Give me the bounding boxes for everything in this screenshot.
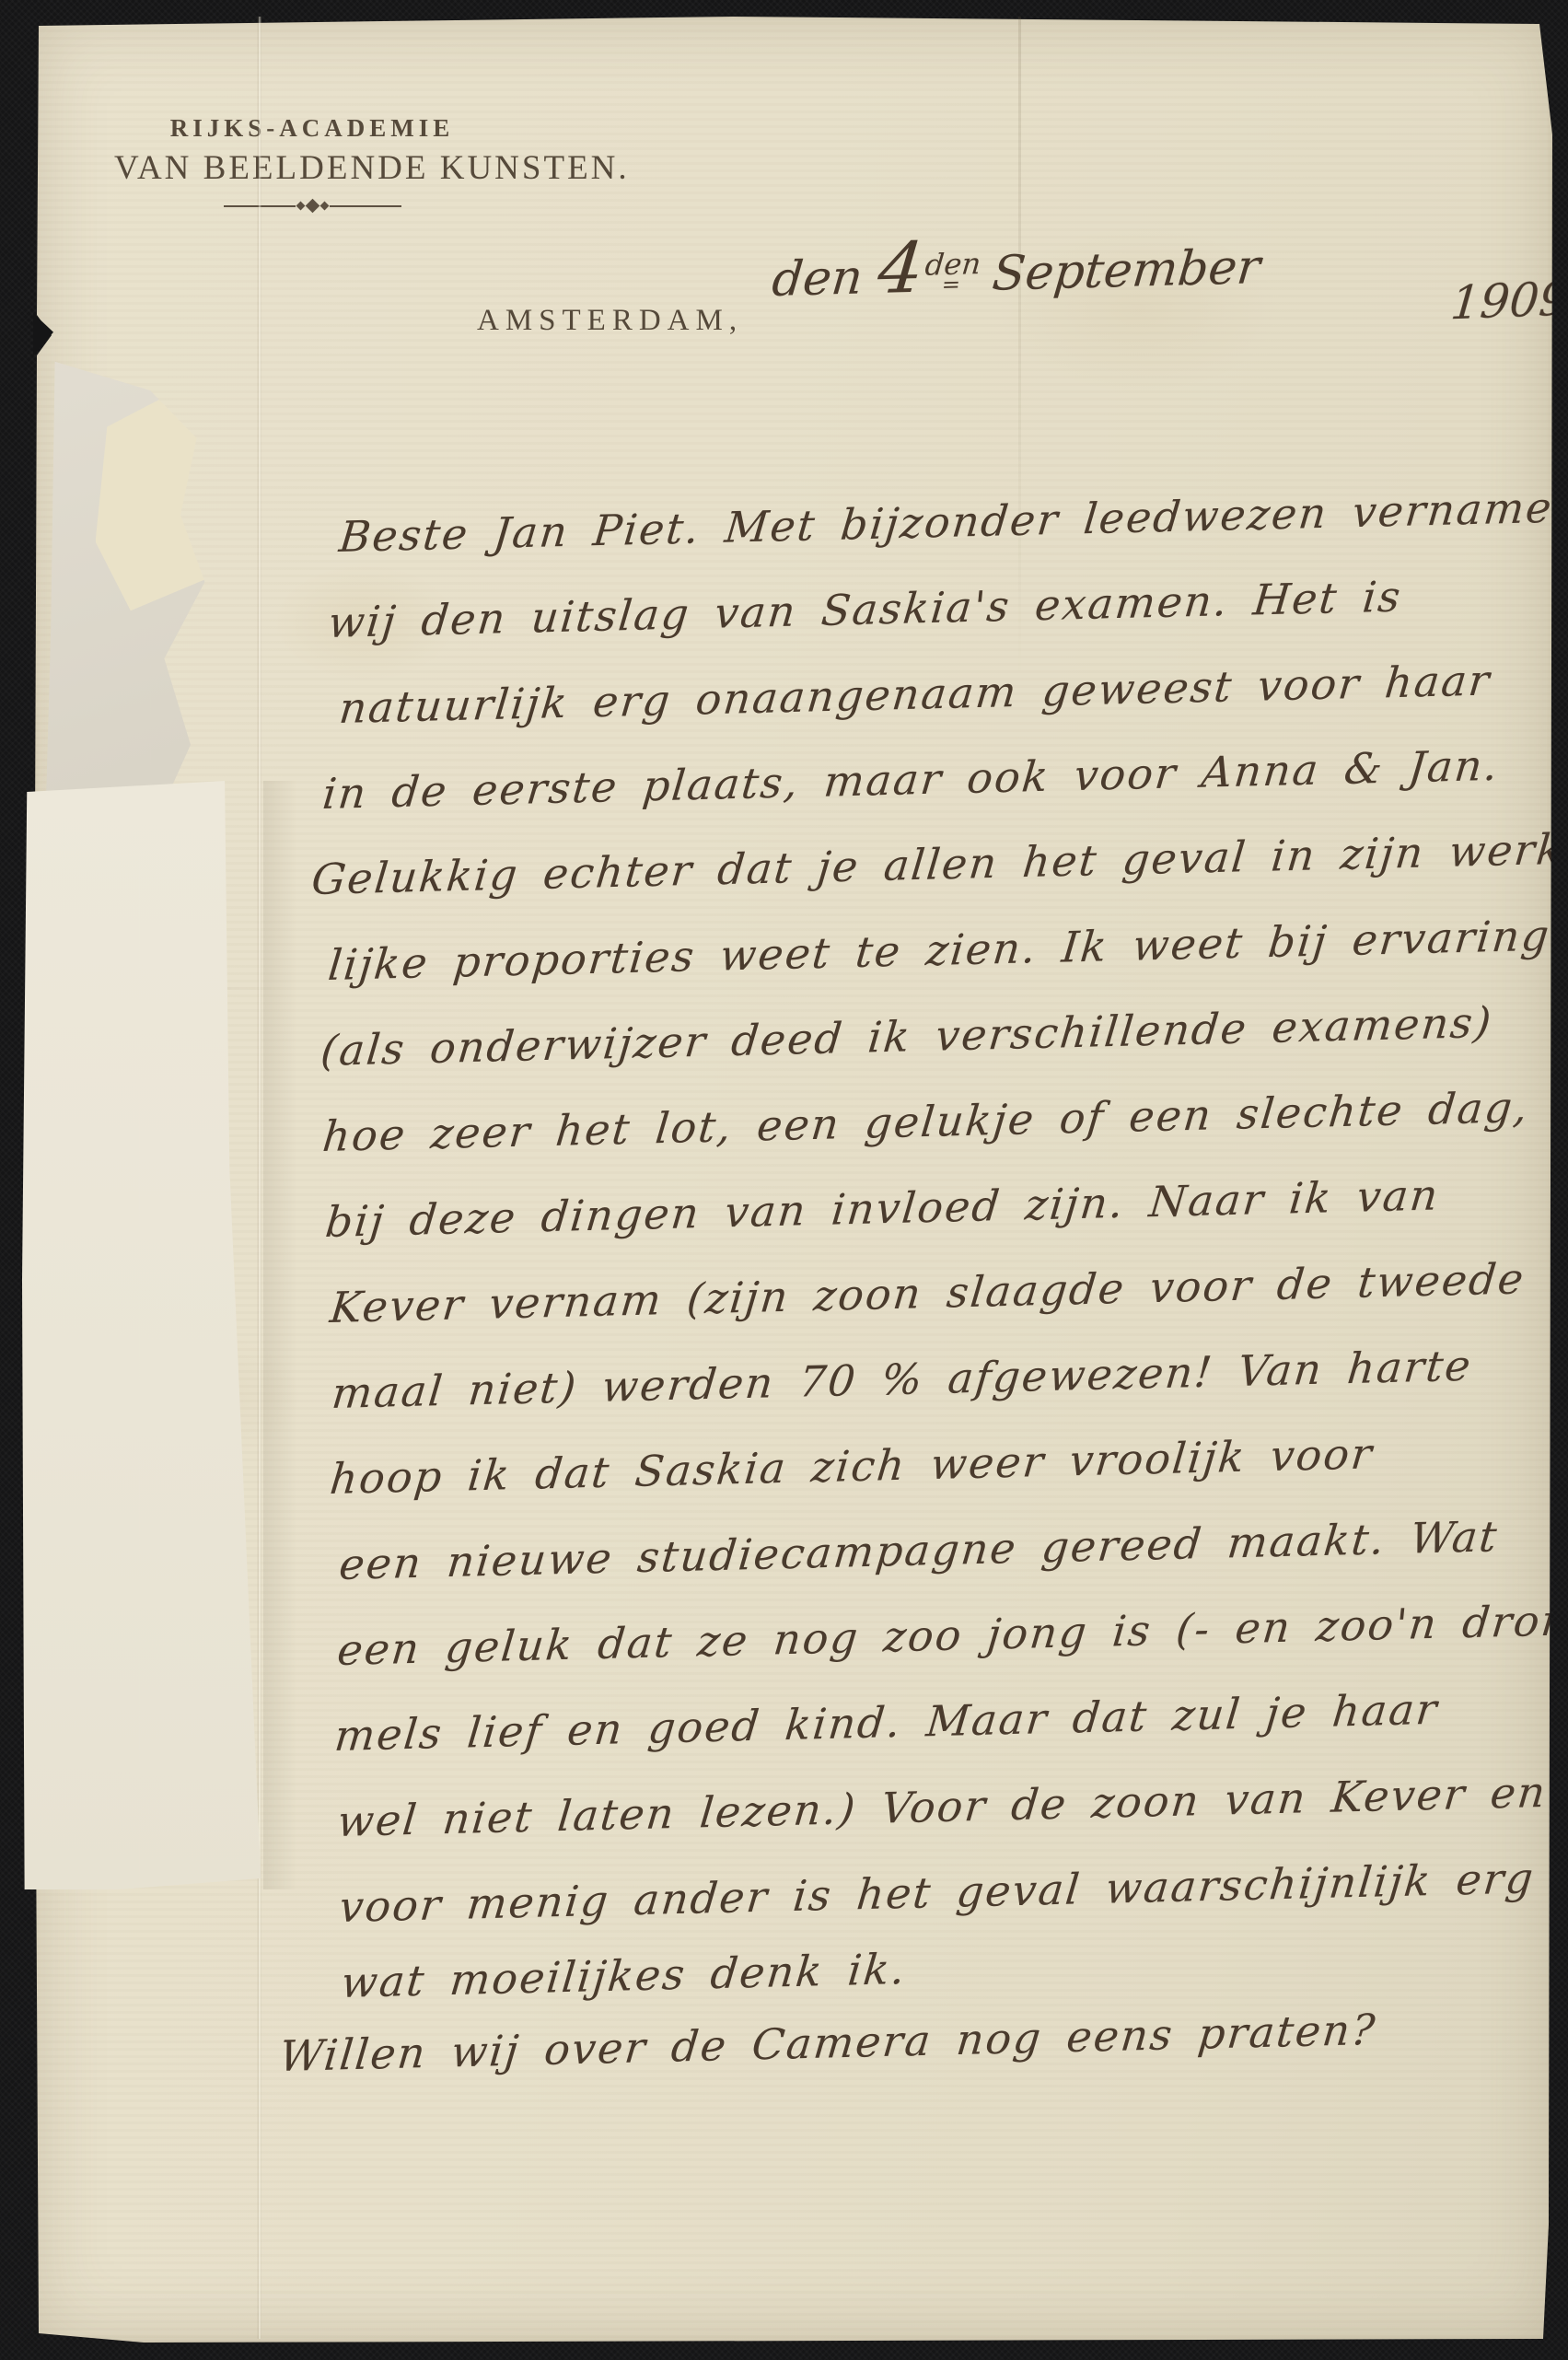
dateline-city: AMSTERDAM,	[477, 304, 743, 338]
diamond-icon	[305, 199, 319, 214]
handwritten-line: Gelukkig echter dat je allen het geval i…	[309, 823, 1568, 904]
diamond-icon	[296, 202, 305, 211]
handwritten-line: wij den uitslag van Saskia's examen. Het…	[326, 572, 1404, 647]
handwritten-line: natuurlijk erg onaangenaam geweest voor …	[337, 656, 1493, 733]
date-prefix: den	[770, 250, 865, 308]
handwritten-line: een geluk dat ze nog zoo jong is (- en z…	[335, 1595, 1568, 1675]
diamond-icon	[319, 202, 329, 211]
letterhead: RIJKS-ACADEMIE VAN BEELDENDE KUNSTEN.	[114, 114, 510, 211]
handwritten-line: wat moeilijkes denk ik.	[339, 1944, 909, 2007]
letterhead-institution-name: VAN BEELDENDE KUNSTEN.	[114, 148, 510, 188]
dateline-handwritten: den 4den=September	[770, 239, 1262, 308]
dateline-year: 1909.	[1448, 273, 1568, 331]
vertical-fold-crease-right	[1018, 17, 1021, 680]
handwritten-line: Kever vernam (zijn zoon slaagde voor de …	[328, 1253, 1527, 1332]
handwritten-line: Beste Jan Piet. Met bijzonder leedwezen …	[337, 482, 1568, 562]
divider-bar-right	[330, 205, 401, 207]
handwritten-line: bij deze dingen van invloed zijn. Naar i…	[323, 1170, 1442, 1247]
handwritten-line: een nieuwe studiecampagne gereed maakt. …	[337, 1511, 1501, 1589]
vertical-fold-crease	[257, 17, 261, 2339]
under-sheet-shadow	[263, 781, 296, 1889]
handwritten-line: in de eerste plaats, maar ook voor Anna …	[320, 740, 1502, 819]
date-month: September	[990, 239, 1262, 302]
handwritten-line: mels lief en goed kind. Maar dat zul je …	[332, 1684, 1441, 1761]
handwritten-line: hoop ik dat Saskia zich weer vroolijk vo…	[328, 1428, 1376, 1504]
date-separator: =	[941, 277, 961, 293]
handwritten-line: hoe zeer het lot, een gelukje of een sle…	[320, 1082, 1531, 1161]
handwritten-line: maal niet) werden 70 % afgewezen! Van ha…	[330, 1341, 1474, 1418]
letterhead-academy-name: RIJKS-ACADEMIE	[114, 114, 510, 143]
handwritten-line: Willen wij over de Camera nog eens prate…	[277, 2005, 1378, 2081]
handwritten-line: wel niet laten lezen.) Voor de zoon van …	[335, 1767, 1550, 1846]
handwritten-line: lijke proporties weet te zien. Ik weet b…	[326, 911, 1553, 990]
date-ordinal: den=	[923, 250, 981, 293]
ornament-divider	[114, 201, 510, 211]
handwritten-line: (als onderwijzer deed ik verschillende e…	[319, 997, 1495, 1075]
handwritten-line: voor menig ander is het geval waarschijn…	[337, 1853, 1537, 1932]
scan-background: RIJKS-ACADEMIE VAN BEELDENDE KUNSTEN. AM…	[0, 0, 1568, 2360]
date-day: 4	[875, 227, 927, 309]
